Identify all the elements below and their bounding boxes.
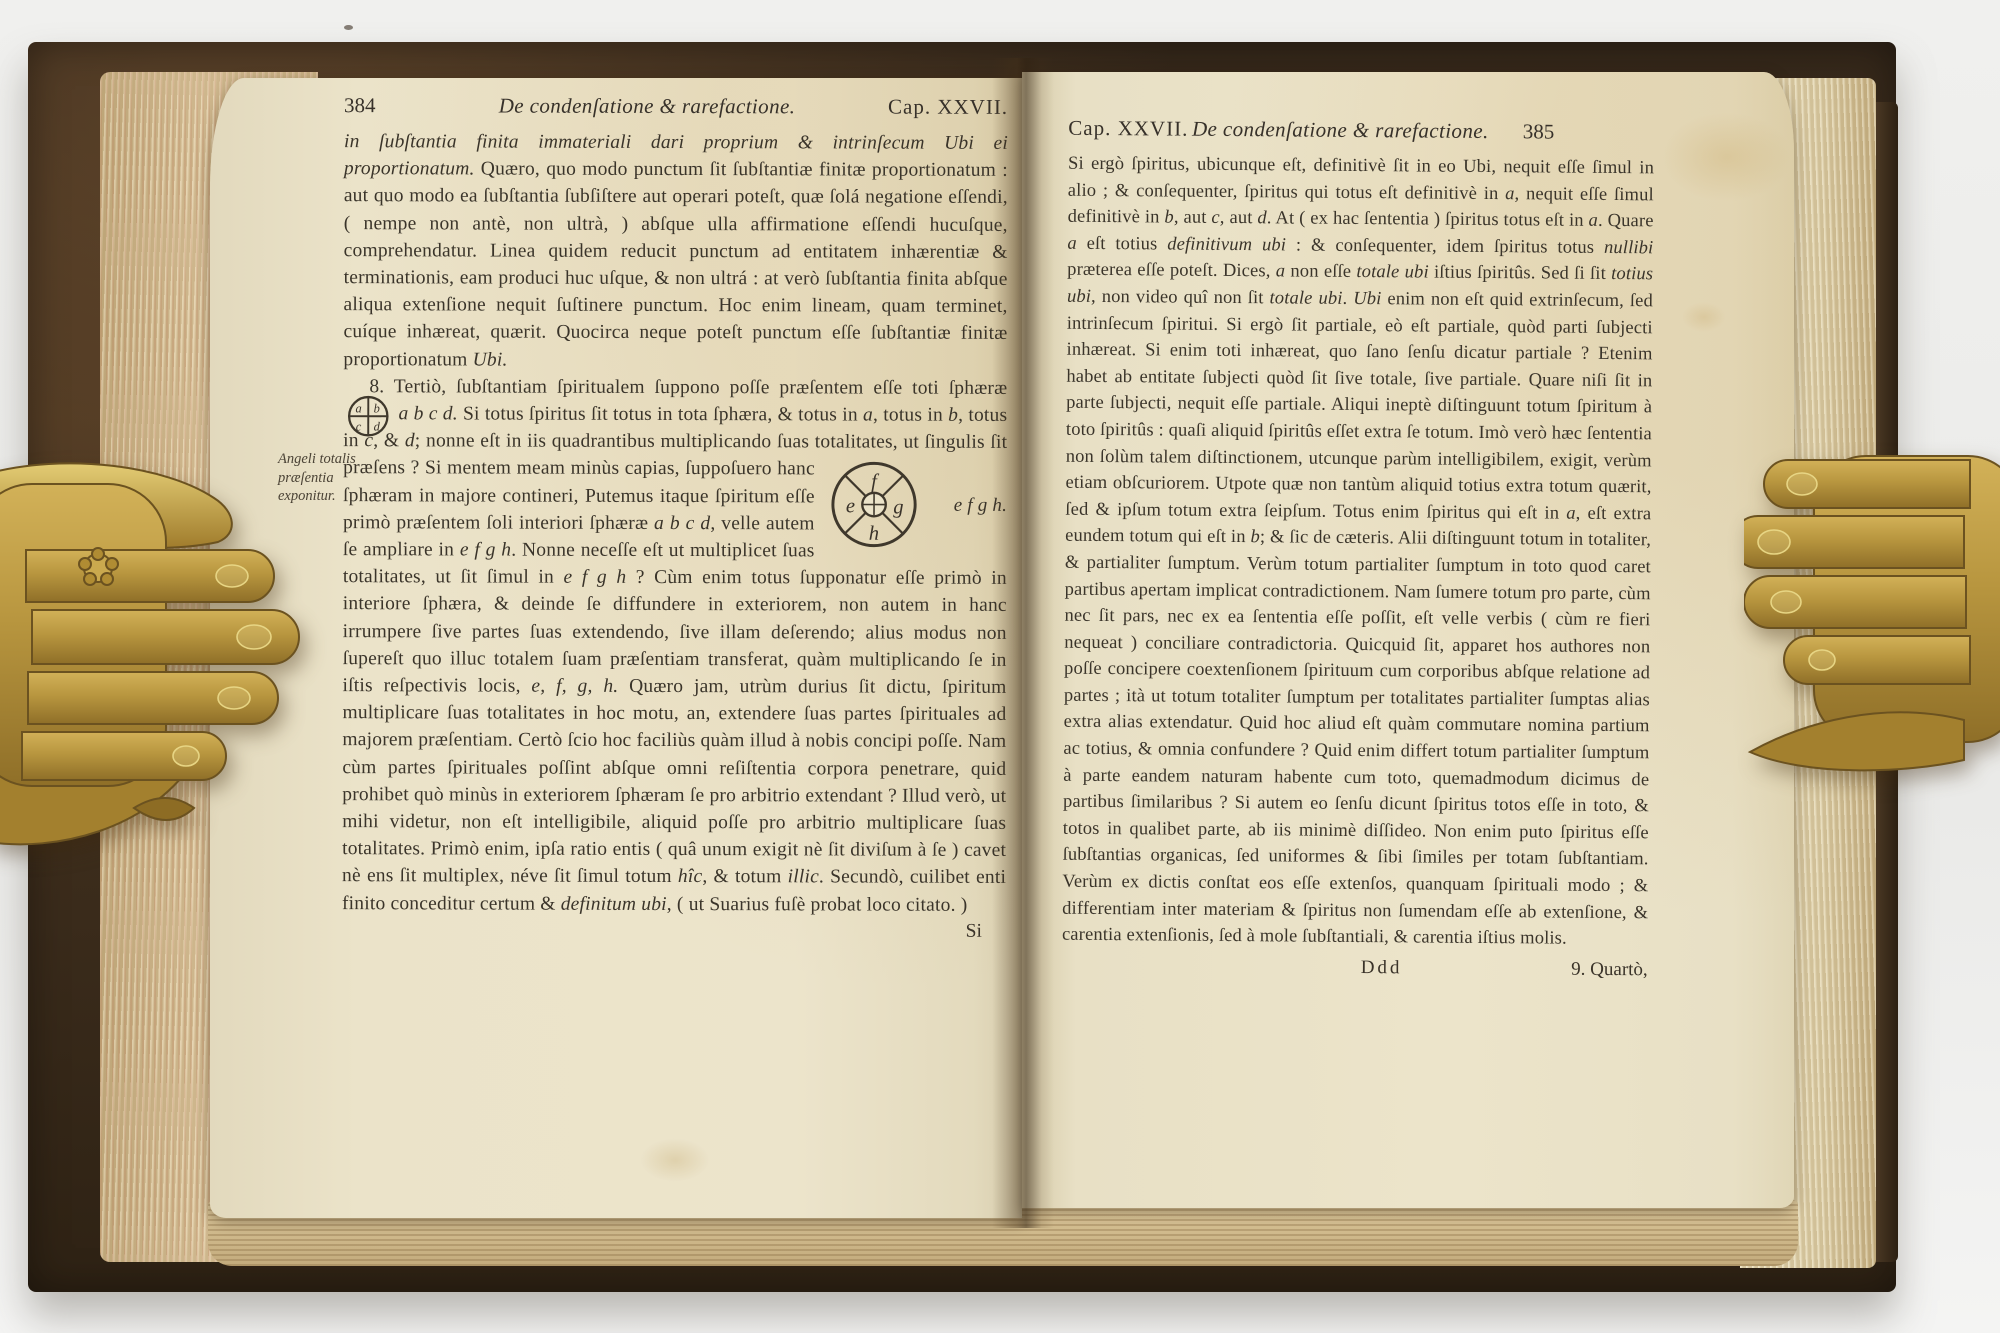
foxing-spot xyxy=(1682,302,1726,332)
fingernail xyxy=(1809,650,1835,670)
diagram-letter-b: b xyxy=(374,401,380,415)
diagram-letter-e: e xyxy=(846,496,855,518)
leaf-cuff xyxy=(1750,712,1964,770)
diagram-letter-h: h xyxy=(868,523,879,545)
right-text-column: Cap. XXVII. De condenſatione & rarefacti… xyxy=(1062,116,1655,989)
fingernail xyxy=(237,625,271,649)
running-title: De condenſatione & rarefactione. xyxy=(406,93,888,119)
photo-of-open-book: Angeli totalis præſentia exponitur. 384 … xyxy=(0,0,2000,1333)
right-page: Cap. XXVII. De condenſatione & rarefacti… xyxy=(1022,72,1794,1208)
left-page: Angeli totalis præſentia exponitur. 384 … xyxy=(210,78,1022,1218)
foxing-spot xyxy=(640,1138,710,1182)
stain xyxy=(1662,112,1792,202)
dust-speck xyxy=(344,25,353,30)
running-title: De condenſatione & rarefactione. xyxy=(1188,117,1492,144)
fingernail xyxy=(218,687,250,709)
fingernail xyxy=(1758,530,1790,554)
catchword: 9. Quartò, xyxy=(1571,959,1648,982)
paragraph-8-tertio: 8. Tertiò, ſubſtantiam ſpiritualem ſuppo… xyxy=(342,373,1007,919)
diagram-letter-f: f xyxy=(871,471,880,493)
page-number-385: 385 xyxy=(1492,119,1554,144)
paragraph-continuation: in ſubſtantia finita immateriali dari pr… xyxy=(343,128,1008,375)
sphere-diagram-efgh: f e g h xyxy=(827,458,921,552)
page-number-384: 384 xyxy=(344,93,406,118)
fingernail xyxy=(1771,591,1801,613)
sphere-diagram-efgh-figure: f e g h e f g h. xyxy=(827,458,1008,552)
brass-hand-left xyxy=(0,416,316,852)
brass-hand-right xyxy=(1744,430,2000,774)
left-text-column: 384 De condenſatione & rarefactione. Cap… xyxy=(342,93,1008,943)
paragraph: Si ergò ſpiritus, ubicunque eſt, definit… xyxy=(1062,151,1654,953)
signature-line: Ddd 9. Quartò, xyxy=(1062,954,1648,989)
left-running-header: 384 De condenſatione & rarefactione. Cap… xyxy=(344,93,1008,120)
catchword: Si xyxy=(342,919,1006,943)
chapter-heading: Cap. XXVII. xyxy=(888,95,1008,120)
right-running-header: Cap. XXVII. De condenſatione & rarefacti… xyxy=(1068,116,1654,146)
chapter-heading: Cap. XXVII. xyxy=(1068,116,1188,142)
fingernail xyxy=(1787,473,1817,495)
diagram-caption: e f g h. xyxy=(928,491,1007,518)
diagram-letter-g: g xyxy=(893,497,904,519)
signature-mark: Ddd xyxy=(1361,957,1403,979)
diagram-letter-a: a xyxy=(356,401,362,415)
fingernail xyxy=(216,565,248,587)
fingernail xyxy=(173,746,199,766)
